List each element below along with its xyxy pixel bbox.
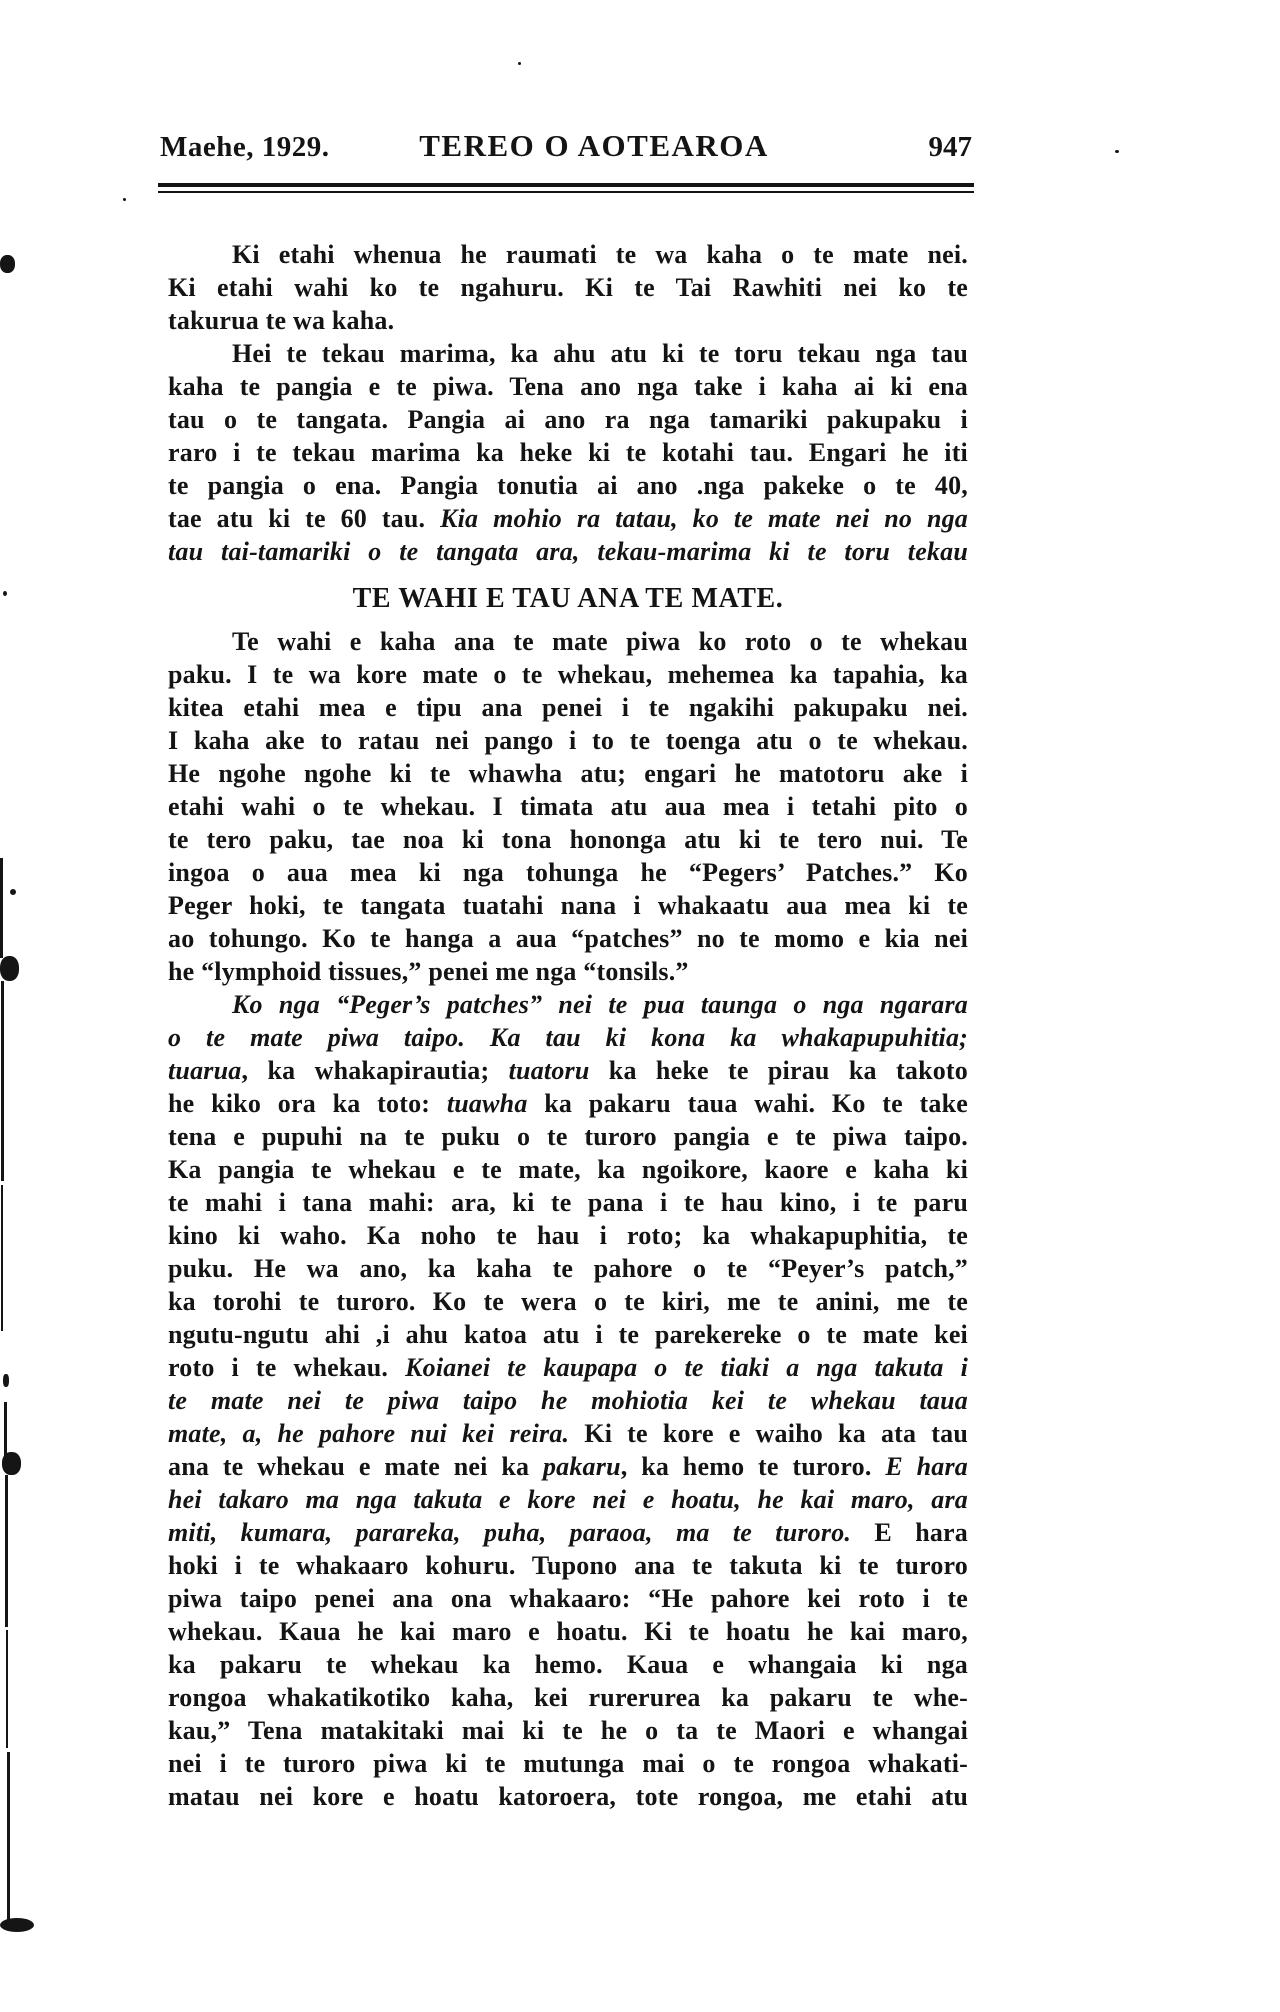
scan-artifact	[10, 889, 16, 895]
scan-artifact	[1, 981, 4, 1181]
text-line: Ka pangia te whekau e te mate, ka ngoiko…	[168, 1153, 968, 1186]
paragraph: Ki etahi whenua he raumati te wa kaha o …	[168, 238, 968, 337]
paragraph: Te wahi e kaha ana te mate piwa ko roto …	[168, 625, 968, 988]
text-line: takurua te wa kaha.	[168, 304, 968, 337]
scan-artifact	[518, 62, 521, 65]
text-line: ao tohungo. Ko te hanga a aua “patches” …	[168, 922, 968, 955]
body-text: kino ki waho. Ka noho te hau i roto; ka …	[168, 1221, 968, 1250]
italic-text: tuatoru	[509, 1056, 590, 1085]
body-text: Ki te kore e waiho ka ata tau	[569, 1419, 968, 1448]
italic-text: o te mate piwa taipo. Ka tau ki kona ka …	[168, 1023, 968, 1052]
text-line: ka torohi te turoro. Ko te wera o te kir…	[168, 1285, 968, 1318]
text-line: ngutu-ngutu ahi ,i ahu katoa atu i te pa…	[168, 1318, 968, 1351]
text-line: Ki etahi whenua he raumati te wa kaha o …	[168, 238, 968, 271]
scan-artifact	[6, 1630, 8, 1748]
body-text: Ki etahi whenua he raumati te wa kaha o …	[232, 240, 968, 269]
body-text: te tero paku, tae noa ki tona hononga at…	[168, 825, 968, 854]
body-text: kaha te pangia e te piwa. Tena ano nga t…	[168, 372, 968, 401]
text-line: tena e pupuhi na te puku o te turoro pan…	[168, 1120, 968, 1153]
masthead: Maehe, 1929. TEREO O AOTEAROA 947	[160, 128, 972, 164]
body-text: raro i te tekau marima ka heke ki te kot…	[168, 438, 968, 467]
italic-text: Kia mohio ra tatau, ko te mate nei no ng…	[440, 504, 968, 533]
text-line: kau,” Tena matakitaki mai ki te he o ta …	[168, 1714, 968, 1747]
journal-title: TEREO O AOTEAROA	[419, 128, 769, 164]
body-text: kitea etahi mea e tipu ana penei i te ng…	[168, 693, 968, 722]
text-line: te pangia o ena. Pangia tonutia ai ano .…	[168, 469, 968, 502]
page-number: 947	[929, 131, 973, 164]
text-line: kino ki waho. Ka noho te hau i roto; ka …	[168, 1219, 968, 1252]
text-line: ingoa o aua mea ki nga tohunga he “Peger…	[168, 856, 968, 889]
body-text: Peger hoki, te tangata tuatahi nana i wh…	[168, 891, 968, 920]
body-text: he “lymphoid tissues,” penei me nga “ton…	[168, 957, 689, 986]
body-text: ka pakaru te whekau ka hemo. Kaua e whan…	[168, 1650, 968, 1679]
text-line: o te mate piwa taipo. Ka tau ki kona ka …	[168, 1021, 968, 1054]
italic-text: te mate nei te piwa taipo he mohiotia ke…	[168, 1386, 968, 1415]
body-text: paku. I te wa kore mate o te whekau, meh…	[168, 660, 968, 689]
masthead-rule	[158, 183, 974, 193]
scan-artifact	[0, 255, 15, 273]
scan-artifact	[4, 1402, 7, 1456]
scanned-document-page: Maehe, 1929. TEREO O AOTEAROA 947 Ki eta…	[0, 0, 1280, 2012]
body-text: ana te whekau e mate nei ka	[168, 1452, 543, 1481]
body-text: He ngohe ngohe ki te whawha atu; engari …	[168, 759, 968, 788]
text-line: te mahi i tana mahi: ara, ki te pana i t…	[168, 1186, 968, 1219]
text-line: tae atu ki te 60 tau. Kia mohio ra tatau…	[168, 502, 968, 535]
body-text: Hei te tekau marima, ka ahu atu ki te to…	[232, 339, 968, 368]
body-text: puku. He wa ano, ka kaha te pahore o te …	[168, 1254, 968, 1283]
body-text: takurua te wa kaha.	[168, 306, 394, 335]
body-text: , ka hemo te turoro.	[621, 1452, 886, 1481]
text-line: tau o te tangata. Pangia ai ano ra nga t…	[168, 403, 968, 436]
body-text: whekau. Kaua he kai maro e hoatu. Ki te …	[168, 1617, 968, 1646]
text-line: kitea etahi mea e tipu ana penei i te ng…	[168, 691, 968, 724]
text-line: Peger hoki, te tangata tuatahi nana i wh…	[168, 889, 968, 922]
text-line: ka pakaru te whekau ka hemo. Kaua e whan…	[168, 1648, 968, 1681]
text-line: kaha te pangia e te piwa. Tena ano nga t…	[168, 370, 968, 403]
text-line: tuarua, ka whakapirautia; tuatoru ka hek…	[168, 1054, 968, 1087]
body-text: etahi wahi o te whekau. I timata atu aua…	[168, 792, 968, 821]
italic-text: Ko nga “Peger’s patches” nei te pua taun…	[232, 990, 968, 1019]
text-line: te tero paku, tae noa ki tona hononga at…	[168, 823, 968, 856]
scan-artifact	[3, 591, 7, 596]
text-line: miti, kumara, parareka, puha, paraoa, ma…	[168, 1516, 968, 1549]
text-line: Te wahi e kaha ana te mate piwa ko roto …	[168, 625, 968, 658]
body-text: tae atu ki te 60 tau.	[168, 504, 440, 533]
italic-text: mate, a, he pahore nui kei reira.	[168, 1419, 569, 1448]
paragraph: Ko nga “Peger’s patches” nei te pua taun…	[168, 988, 968, 1813]
scan-artifact	[7, 1752, 10, 1920]
body-text: , ka whakapirautia;	[241, 1056, 508, 1085]
body-text: ka pakaru taua wahi. Ko te take	[528, 1089, 968, 1118]
body-text: tau o te tangata. Pangia ai ano ra nga t…	[168, 405, 968, 434]
scan-artifact	[2, 1452, 21, 1475]
scan-artifact	[0, 1918, 34, 1932]
body-text: roto i te whekau.	[168, 1353, 405, 1382]
text-line: whekau. Kaua he kai maro e hoatu. Ki te …	[168, 1615, 968, 1648]
body-text: nei i te turoro piwa ki te mutunga mai o…	[168, 1749, 968, 1778]
scan-artifact	[0, 858, 3, 958]
scan-artifact	[5, 1475, 8, 1627]
italic-text: hei takaro ma nga takuta e kore nei e ho…	[168, 1485, 968, 1514]
text-line: hoki i te whakaaro kohuru. Tupono ana te…	[168, 1549, 968, 1582]
body-text: te mahi i tana mahi: ara, ki te pana i t…	[168, 1188, 968, 1217]
text-line: Ki etahi wahi ko te ngahuru. Ki te Tai R…	[168, 271, 968, 304]
document-body: Ki etahi whenua he raumati te wa kaha o …	[168, 238, 968, 1813]
text-line: raro i te tekau marima ka heke ki te kot…	[168, 436, 968, 469]
scan-artifact	[0, 956, 19, 981]
issue-date: Maehe, 1929.	[160, 131, 330, 164]
body-text: tena e pupuhi na te puku o te turoro pan…	[168, 1122, 968, 1151]
paragraph: Hei te tekau marima, ka ahu atu ki te to…	[168, 337, 968, 568]
body-text: Te wahi e kaha ana te mate piwa ko roto …	[232, 627, 968, 656]
italic-text: Koianei te kaupapa o te tiaki a nga taku…	[405, 1353, 968, 1382]
text-line: te mate nei te piwa taipo he mohiotia ke…	[168, 1384, 968, 1417]
italic-text: pakaru	[543, 1452, 621, 1481]
body-text: ka torohi te turoro. Ko te wera o te kir…	[168, 1287, 968, 1316]
text-line: ana te whekau e mate nei ka pakaru, ka h…	[168, 1450, 968, 1483]
text-line: matau nei kore e hoatu katoroera, tote r…	[168, 1780, 968, 1813]
body-text: Ka pangia te whekau e te mate, ka ngoiko…	[168, 1155, 968, 1184]
body-text: I kaha ake to ratau nei pango i to te to…	[168, 726, 968, 755]
italic-text: miti, kumara, parareka, puha, paraoa, ma…	[168, 1518, 851, 1547]
text-line: I kaha ake to ratau nei pango i to te to…	[168, 724, 968, 757]
body-text: Ki etahi wahi ko te ngahuru. Ki te Tai R…	[168, 273, 968, 302]
body-text: kau,” Tena matakitaki mai ki te he o ta …	[168, 1716, 968, 1745]
body-text: he kiko ora ka toto:	[168, 1089, 447, 1118]
body-text: matau nei kore e hoatu katoroera, tote r…	[168, 1782, 968, 1811]
scan-artifact	[123, 198, 126, 201]
text-line: etahi wahi o te whekau. I timata atu aua…	[168, 790, 968, 823]
body-text: E hara	[851, 1518, 968, 1547]
body-text: hoki i te whakaaro kohuru. Tupono ana te…	[168, 1551, 968, 1580]
italic-text: tuarua	[168, 1056, 241, 1085]
text-line: mate, a, he pahore nui kei reira. Ki te …	[168, 1417, 968, 1450]
scan-artifact	[3, 1374, 9, 1387]
body-text: ngutu-ngutu ahi ,i ahu katoa atu i te pa…	[168, 1320, 968, 1349]
body-text: ao tohungo. Ko te hanga a aua “patches” …	[168, 924, 968, 953]
text-line: Hei te tekau marima, ka ahu atu ki te to…	[168, 337, 968, 370]
text-line: he kiko ora ka toto: tuawha ka pakaru ta…	[168, 1087, 968, 1120]
body-text: ka heke te pirau ka takoto	[590, 1056, 969, 1085]
text-line: he “lymphoid tissues,” penei me nga “ton…	[168, 955, 968, 988]
italic-text: E hara	[885, 1452, 968, 1481]
text-line: roto i te whekau. Koianei te kaupapa o t…	[168, 1351, 968, 1384]
text-line: puku. He wa ano, ka kaha te pahore o te …	[168, 1252, 968, 1285]
body-text: te pangia o ena. Pangia tonutia ai ano .…	[168, 471, 968, 500]
body-text: piwa taipo penei ana ona whakaaro: “He p…	[168, 1584, 968, 1613]
text-line: rongoa whakatikotiko kaha, kei rurerurea…	[168, 1681, 968, 1714]
text-line: piwa taipo penei ana ona whakaaro: “He p…	[168, 1582, 968, 1615]
scan-artifact	[1115, 150, 1119, 153]
text-line: Ko nga “Peger’s patches” nei te pua taun…	[168, 988, 968, 1021]
scan-artifact	[1, 1185, 3, 1331]
body-text: ingoa o aua mea ki nga tohunga he “Peger…	[168, 858, 968, 887]
italic-text: tau tai-tamariki o te tangata ara, tekau…	[168, 537, 968, 566]
text-line: nei i te turoro piwa ki te mutunga mai o…	[168, 1747, 968, 1780]
text-line: He ngohe ngohe ki te whawha atu; engari …	[168, 757, 968, 790]
body-text: rongoa whakatikotiko kaha, kei rurerurea…	[168, 1683, 968, 1712]
italic-text: tuawha	[447, 1089, 528, 1118]
text-line: hei takaro ma nga takuta e kore nei e ho…	[168, 1483, 968, 1516]
text-line: tau tai-tamariki o te tangata ara, tekau…	[168, 535, 968, 568]
section-heading: TE WAHI E TAU ANA TE MATE.	[168, 582, 968, 615]
text-line: paku. I te wa kore mate o te whekau, meh…	[168, 658, 968, 691]
